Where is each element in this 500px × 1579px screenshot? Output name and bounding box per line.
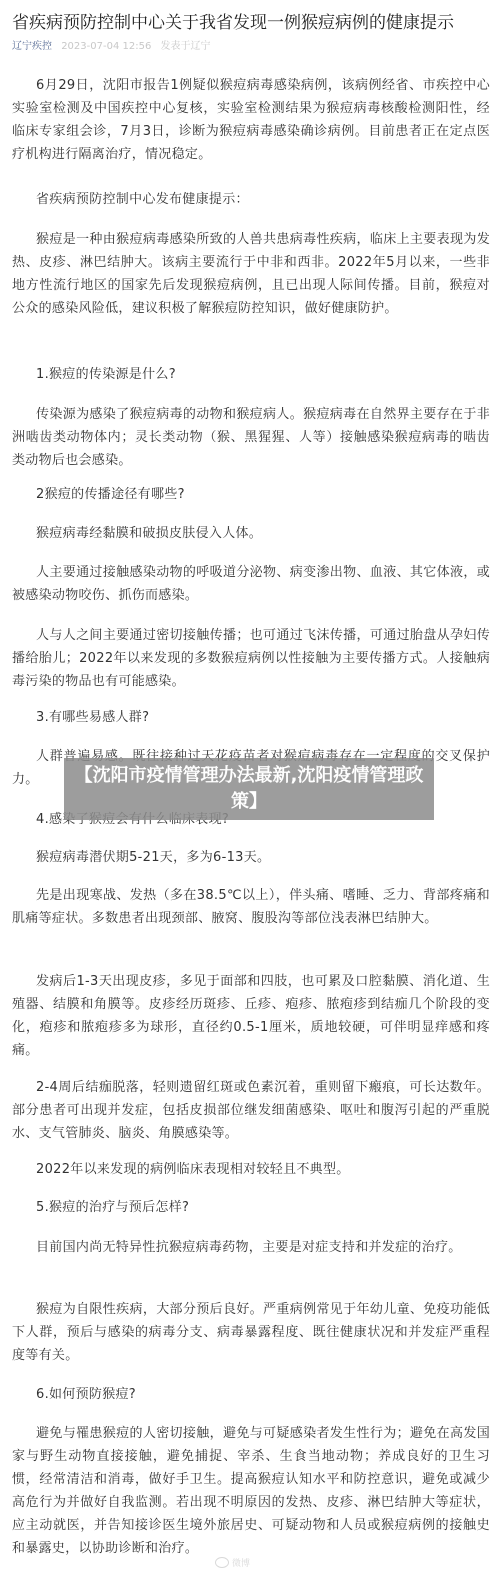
article-meta: 辽宁疾控 2023-07-04 12:56 发表于辽宁 — [12, 40, 211, 54]
paragraph-source: 传染源为感染了猴痘病毒的动物和猴痘病人。猴痘病毒在自然界主要存在于非洲啮齿类动物… — [12, 403, 490, 472]
paragraph-prevention: 避免与罹患猴痘的人密切接触，避免与可疑感染者发生性行为；避免在高发国家与野生动物… — [12, 1422, 490, 1560]
overlay-text: 【沈阳市疫情管理办法最新,沈阳疫情管理政策】 — [69, 763, 429, 815]
paragraph-symptoms-2: 发病后1-3天出现皮疹，多见于面部和四肢，也可累及口腔黏膜、消化道、生殖器、结膜… — [12, 970, 490, 1062]
source-link[interactable]: 辽宁疾控 — [12, 41, 52, 52]
weibo-watermark: 微博 — [215, 1556, 250, 1569]
section-heading-3: 3.有哪些易感人群? — [12, 706, 490, 729]
paragraph-route-3: 人与人之间主要通过密切接触传播；也可通过飞沫传播，可通过胎盘从孕妇传播给胎儿；2… — [12, 624, 490, 693]
paragraph-symptoms-3: 2-4周后结痂脱落，轻则遗留红斑或色素沉着，重则留下瘢痕，可长达数年。部分患者可… — [12, 1076, 490, 1145]
paragraph-treatment-2: 猴痘为自限性疾病，大部分预后良好。严重病例常见于年幼儿童、免疫功能低下人群，预后… — [12, 1298, 490, 1367]
paragraph-route-1: 猴痘病毒经黏膜和破损皮肤侵入人体。 — [12, 522, 490, 545]
section-heading-2: 2猴痘的传播途径有哪些? — [12, 483, 490, 506]
section-heading-6: 6.如何预防猴痘? — [12, 1383, 490, 1406]
paragraph-route-2: 人主要通过接触感染动物的呼吸道分泌物、病变渗出物、血液、其它体液，或被感染动物咬… — [12, 561, 490, 607]
article-title: 省疾病预防控制中心关于我省发现一例猴痘病例的健康提示 — [12, 10, 492, 36]
paragraph-treatment-1: 目前国内尚无特异性抗猴痘病毒药物，主要是对症支持和并发症的治疗。 — [12, 1236, 490, 1259]
section-heading-5: 5.猴痘的治疗与预后怎样? — [12, 1196, 490, 1219]
title-overlay-banner: 【沈阳市疫情管理办法最新,沈阳疫情管理政策】 — [64, 758, 434, 820]
publish-time: 2023-07-04 12:56 — [61, 41, 151, 52]
paragraph-overview: 猴痘是一种由猴痘病毒感染所致的人兽共患病毒性疾病，临床上主要表现为发热、皮疹、淋… — [12, 228, 490, 320]
section-heading-1: 1.猴痘的传染源是什么? — [12, 363, 490, 386]
watermark-text: 微博 — [232, 1556, 250, 1569]
paragraph-symptoms-1: 先是出现寒战、发热（多在38.5℃以上），伴头痛、嗜睡、乏力、背部疼痛和肌痛等症… — [12, 884, 490, 930]
paragraph-symptoms-4: 2022年以来发现的病例临床表现相对较轻且不典型。 — [12, 1158, 490, 1181]
weibo-logo-icon — [215, 1557, 229, 1568]
paragraph-intro: 6月29日，沈阳市报告1例疑似猴痘病毒感染病例，该病例经省、市疾控中心实验室检测… — [12, 74, 490, 166]
paragraph-notice: 省疾病预防控制中心发布健康提示： — [12, 188, 490, 211]
paragraph-incubation: 猴痘病毒潜伏期5-21天，多为6-13天。 — [12, 846, 490, 869]
publish-location: 发表于辽宁 — [161, 41, 211, 52]
